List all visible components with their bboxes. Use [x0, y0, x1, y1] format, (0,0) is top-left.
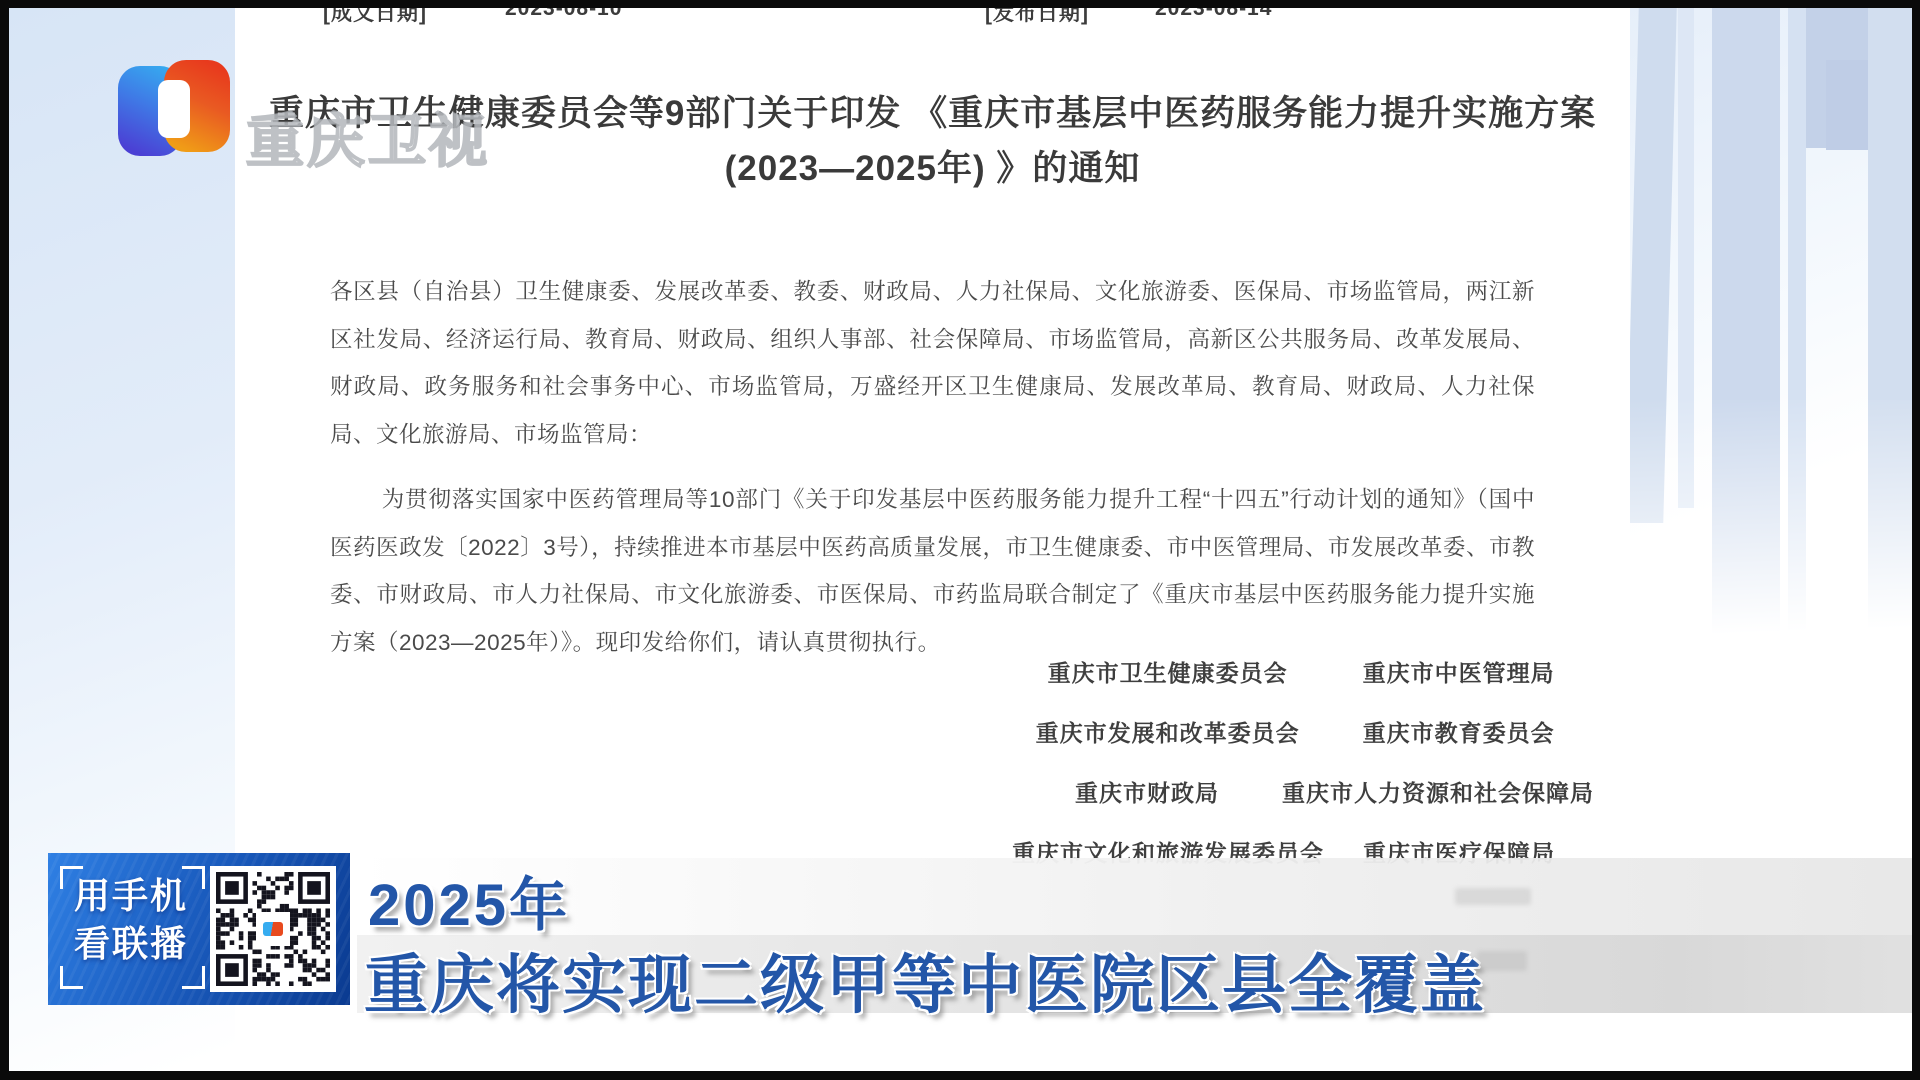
headline-band-top	[357, 858, 1912, 935]
qr-code-icon	[210, 866, 336, 992]
frame-border-bottom	[0, 1071, 1920, 1080]
qr-center-logo-icon	[258, 914, 288, 944]
bracket-corner-icon	[182, 966, 205, 989]
signature-row: 重庆市卫生健康委员会 重庆市中医管理局	[1012, 655, 1594, 687]
channel-watermark: 重庆卫视	[246, 94, 490, 178]
bracket-corner-icon	[60, 966, 83, 989]
document-paragraph-main: 为贯彻落实国家中医药管理局等10部门《关于印发基层中医药服务能力提升工程“十四五…	[330, 476, 1535, 666]
chongqing-tv-logo-icon	[118, 60, 230, 158]
qr-caption-line1: 用手机	[58, 872, 204, 920]
frame-border-left	[0, 0, 9, 1080]
tv-frame: [成文日期] 2023-08-10 [发布日期] 2023-08-14 重庆市卫…	[0, 0, 1920, 1080]
signature-org: 重庆市教育委员会	[1323, 715, 1594, 747]
signature-org: 重庆市中医管理局	[1323, 655, 1594, 687]
signature-org: 重庆市财政局	[1012, 775, 1282, 807]
qr-center-logo-mark	[263, 922, 283, 936]
signature-row: 重庆市发展和改革委员会 重庆市教育委员会	[1012, 715, 1594, 747]
headline-year: 2025年	[368, 858, 570, 942]
frame-border-right	[1912, 0, 1920, 1080]
ghost-text-smudge	[1455, 888, 1531, 905]
document-paragraph-recipients: 各区县（自治县）卫生健康委、发展改革委、教委、财政局、人力社保局、文化旅游委、医…	[330, 268, 1535, 458]
signature-row: 重庆市财政局 重庆市人力资源和社会保障局	[1012, 775, 1594, 807]
skyline-fade	[1625, 400, 1915, 730]
signature-org: 重庆市卫生健康委员会	[1012, 655, 1323, 687]
headline-text: 重庆将实现二级甲等中医院区县全覆盖	[364, 934, 1486, 1026]
qr-caption-line2: 看联播	[58, 920, 204, 968]
document-body: 各区县（自治县）卫生健康委、发展改革委、教委、财政局、人力社保局、文化旅游委、医…	[330, 268, 1535, 666]
frame-border-top	[0, 0, 1920, 8]
signature-org: 重庆市人力资源和社会保障局	[1282, 775, 1594, 807]
logo-white-core	[158, 80, 190, 138]
ghost-text-smudge	[1477, 951, 1527, 971]
signature-org: 重庆市发展和改革委员会	[1012, 715, 1323, 747]
qr-caption: 用手机 看联播	[58, 872, 204, 968]
